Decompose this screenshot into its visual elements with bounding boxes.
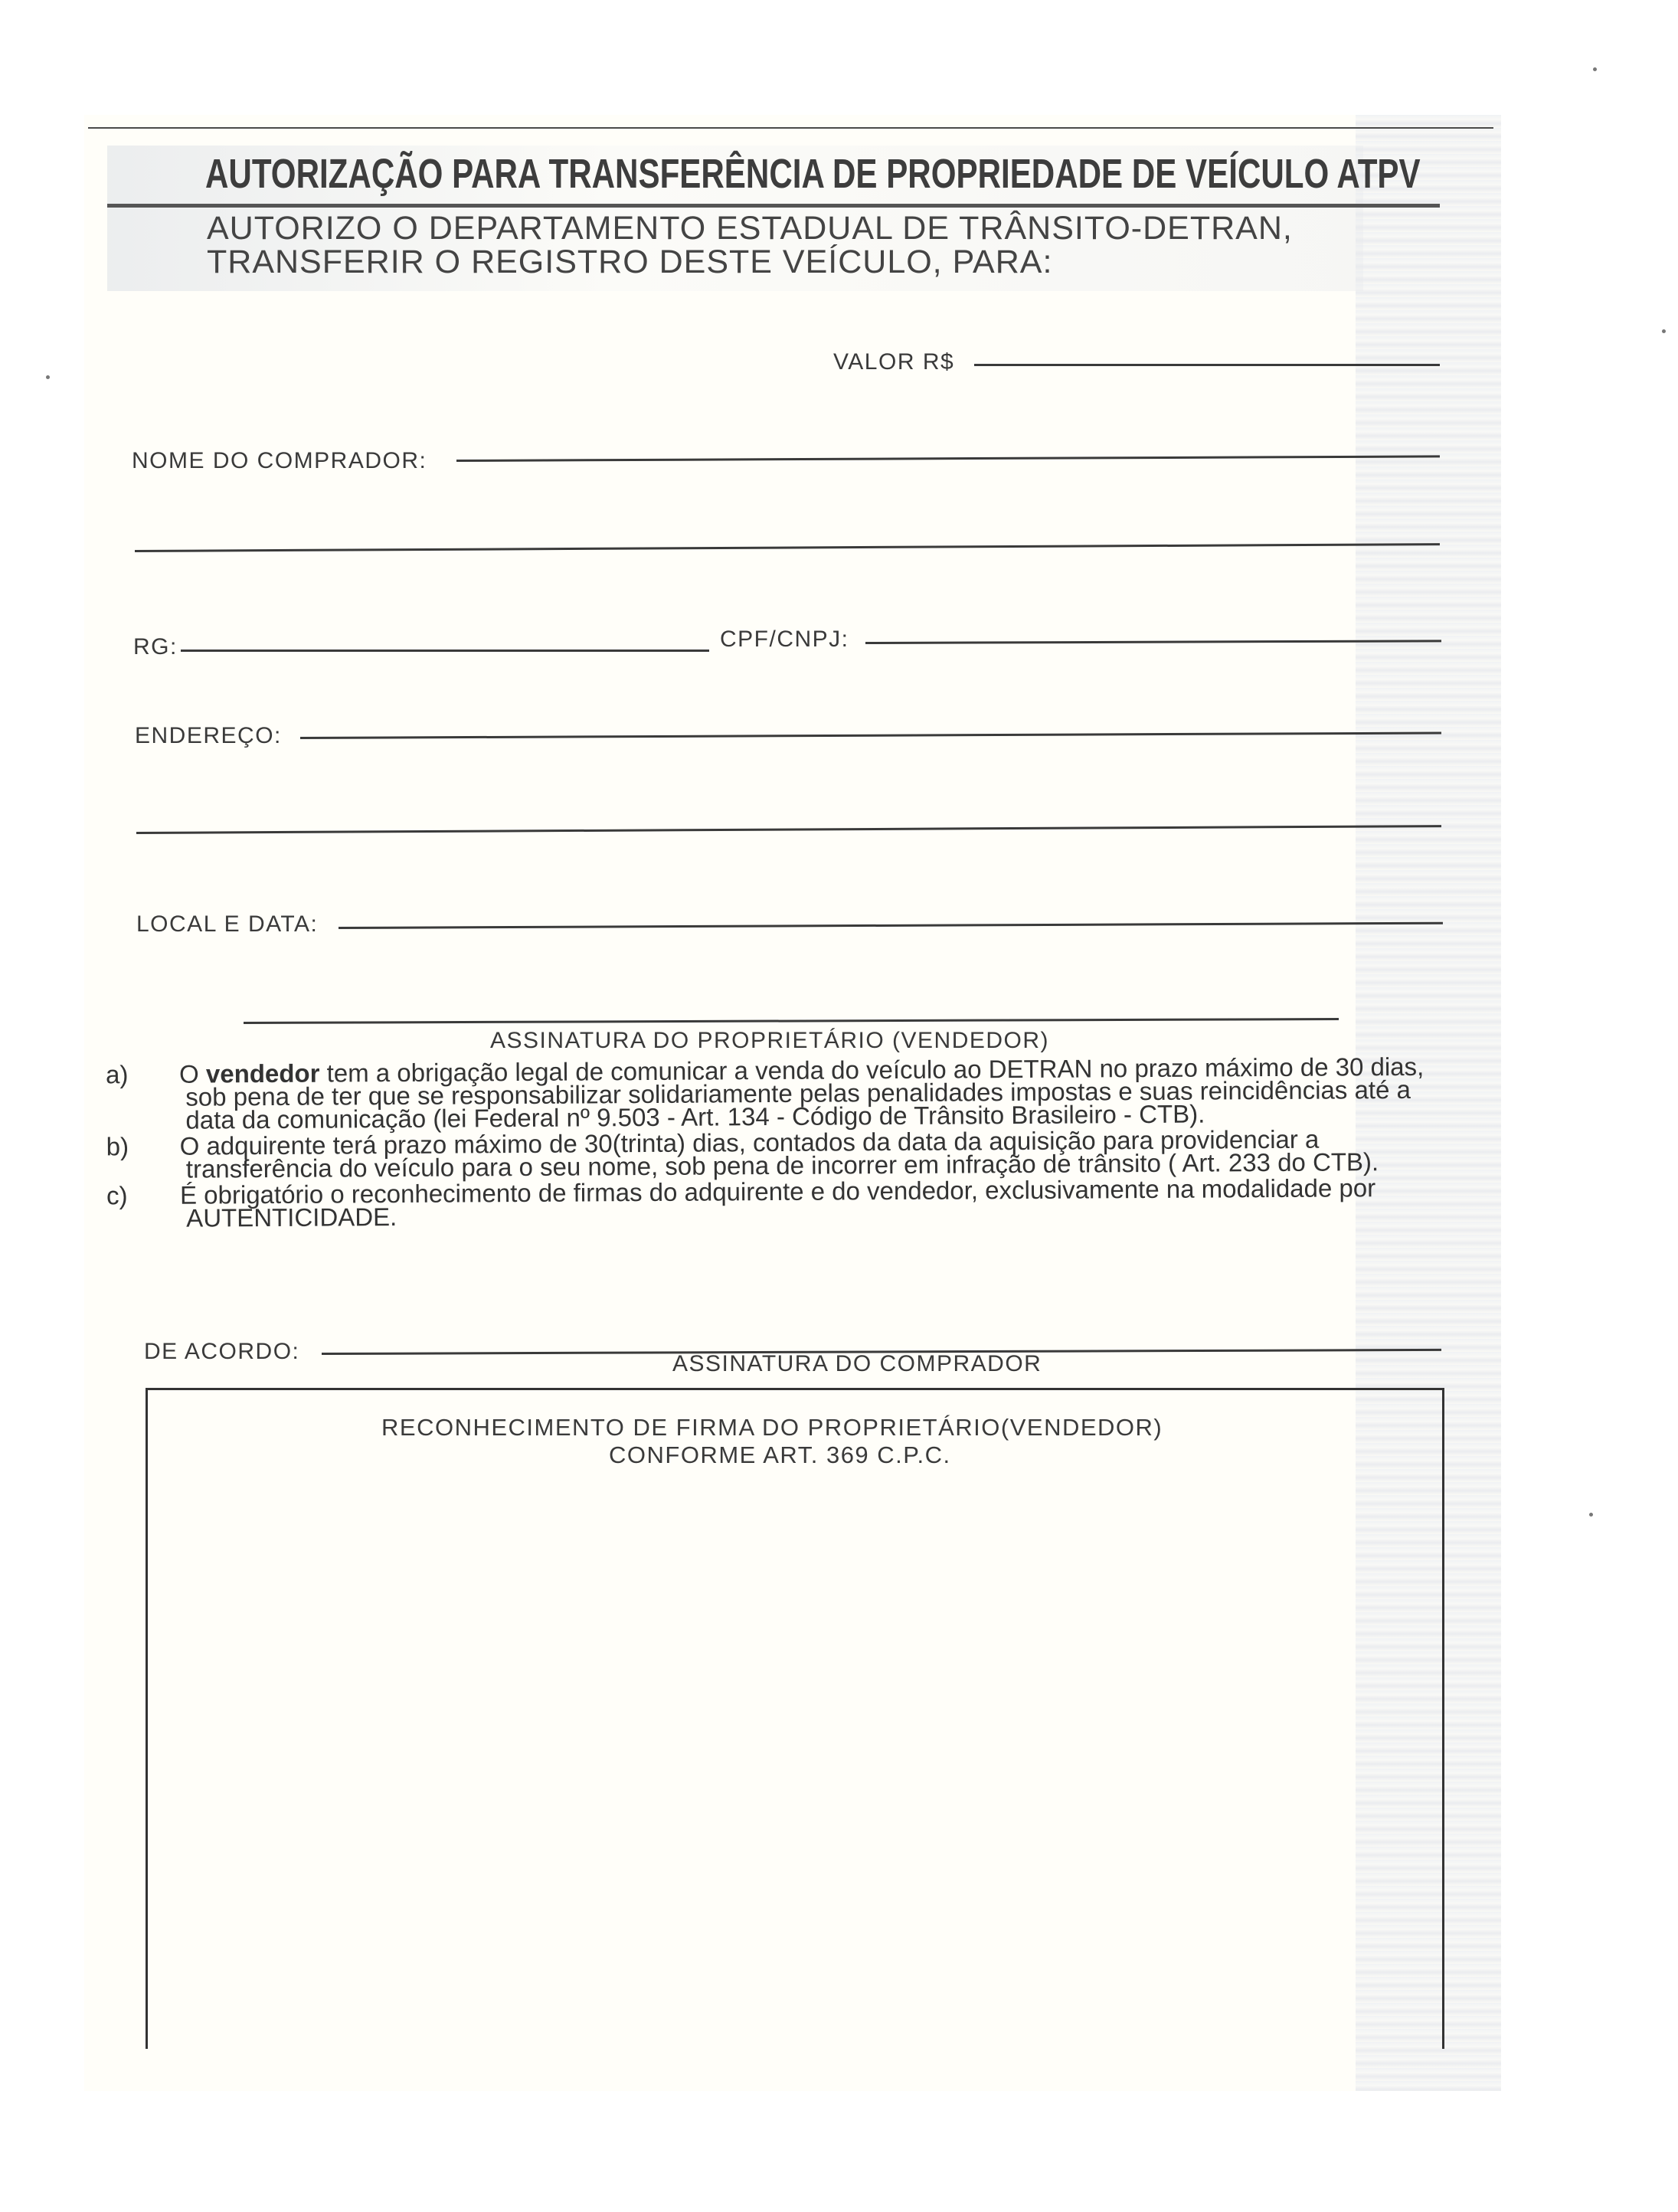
note-a-marker: a) xyxy=(146,1063,179,1086)
note-b-marker: b) xyxy=(146,1135,180,1158)
nome-comprador-label: NOME DO COMPRADOR: xyxy=(132,448,427,474)
title-underline xyxy=(107,204,1440,208)
subtitle-line-1: AUTORIZO O DEPARTAMENTO ESTADUAL DE TRÂN… xyxy=(207,210,1293,247)
valor-field[interactable] xyxy=(974,364,1440,366)
scan-speck xyxy=(1589,1513,1593,1517)
document-title: AUTORIZAÇÃO PARA TRANSFERÊNCIA DE PROPRI… xyxy=(205,150,1421,198)
notary-box-subtitle: CONFORME ART. 369 C.P.C. xyxy=(609,1441,951,1469)
notary-recognition-box[interactable] xyxy=(146,1388,1444,2049)
note-c-marker: c) xyxy=(146,1184,180,1207)
rg-label: RG: xyxy=(133,634,178,660)
note-a: a)O vendedor tem a obrigação legal de co… xyxy=(146,1055,1441,1132)
buyer-signature-label: ASSINATURA DO COMPRADOR xyxy=(672,1351,1042,1377)
note-c: c)É obrigatório o reconhecimento de firm… xyxy=(146,1176,1441,1230)
local-data-label: LOCAL E DATA: xyxy=(136,911,318,937)
scan-speck xyxy=(46,375,50,379)
notes-list: a)O vendedor tem a obrigação legal de co… xyxy=(146,1055,1441,1230)
seller-signature-label: ASSINATURA DO PROPRIETÁRIO (VENDEDOR) xyxy=(490,1028,1049,1054)
de-acordo-label: DE ACORDO: xyxy=(144,1339,299,1365)
note-c-text: É obrigatório o reconhecimento de firmas… xyxy=(180,1173,1375,1232)
subtitle-line-2: TRANSFERIR O REGISTRO DESTE VEÍCULO, PAR… xyxy=(207,244,1052,281)
scan-speck xyxy=(1662,329,1666,333)
rg-field[interactable] xyxy=(181,650,709,652)
notary-box-title: RECONHECIMENTO DE FIRMA DO PROPRIETÁRIO(… xyxy=(381,1414,1163,1441)
valor-label: VALOR R$ xyxy=(833,349,954,375)
top-rule xyxy=(88,127,1493,129)
note-b: b)O adquirente terá prazo máximo de 30(t… xyxy=(146,1127,1441,1181)
cpf-cnpj-label: CPF/CNPJ: xyxy=(720,627,849,653)
note-a-text: tem a obrigação legal de comunicar a ven… xyxy=(185,1052,1424,1134)
endereco-label: ENDEREÇO: xyxy=(135,723,282,749)
scan-speck xyxy=(1593,67,1597,71)
